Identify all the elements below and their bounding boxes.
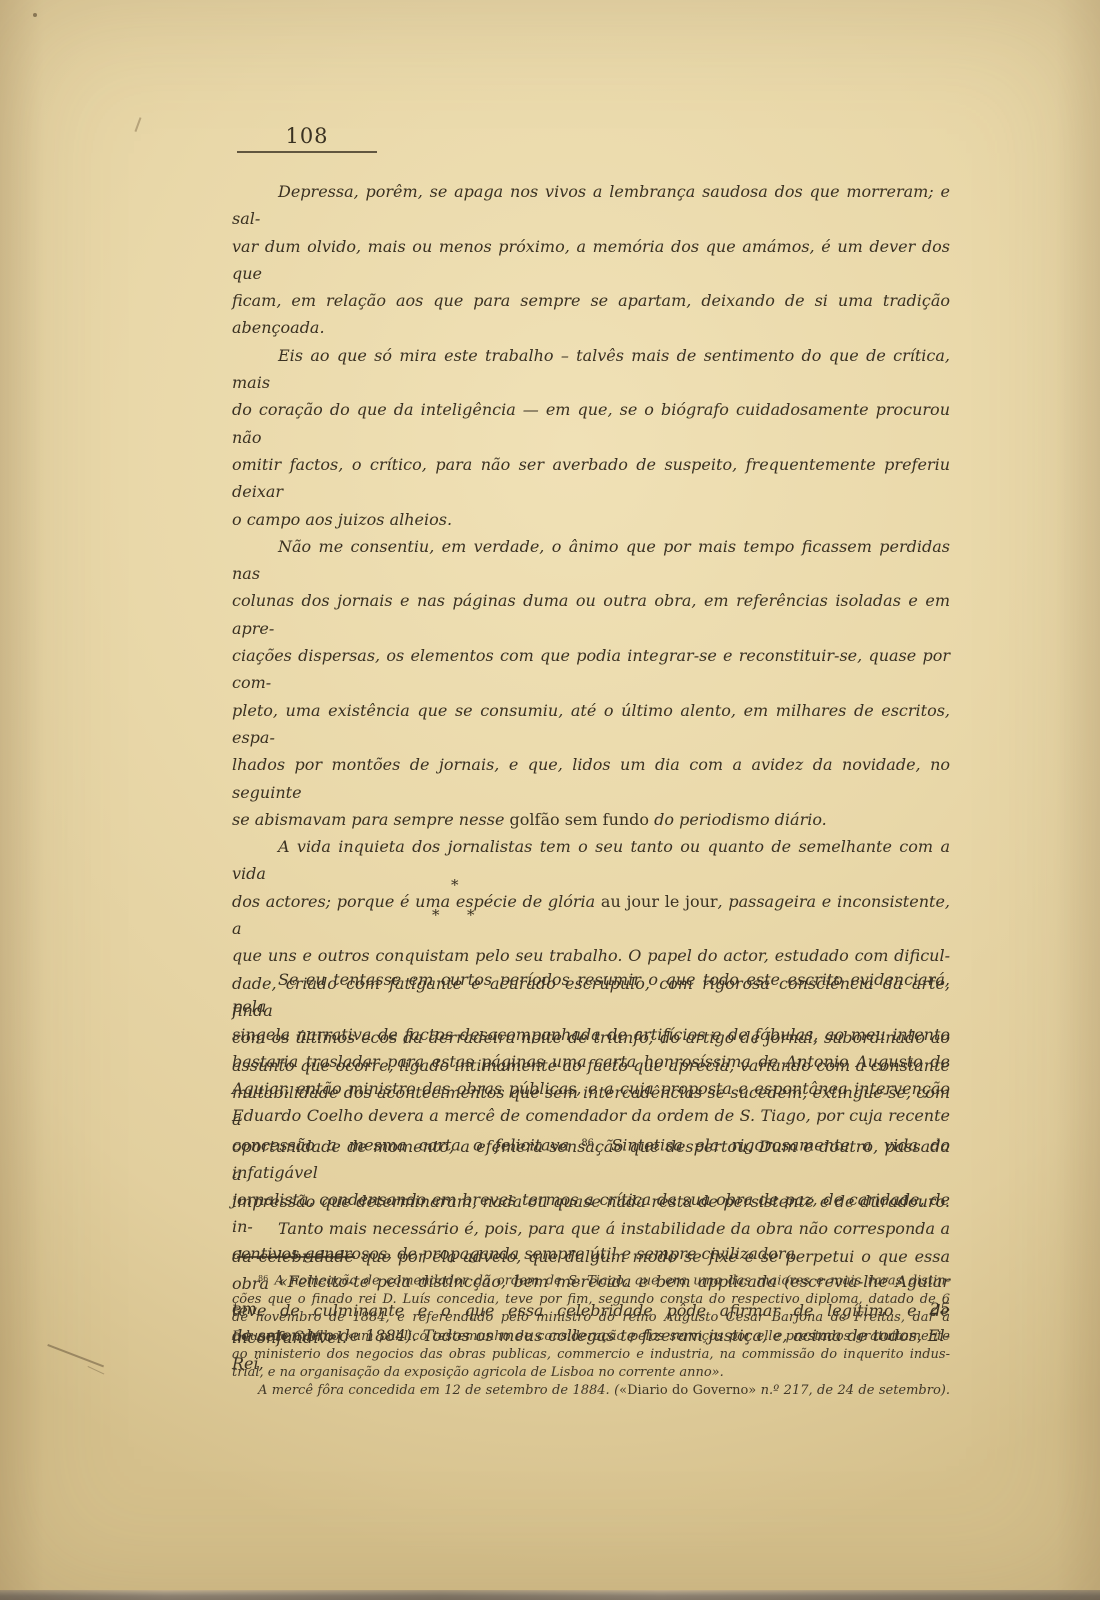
text-segment: ficam, em relação aos que para sempre se… — [232, 291, 950, 337]
text-segment: Eis ao que só mira este trabalho – talvê… — [232, 346, 950, 392]
text-segment: de novembro de 1884, e referendado pelo … — [232, 1310, 950, 1325]
asterisk-icon: * — [451, 876, 459, 894]
text-line: bastaria trasladar para estas páginas um… — [232, 1048, 950, 1075]
text-line: concessão a mesma carta o felicitava 86.… — [232, 1130, 950, 1186]
text-segment: Eduardo Coelho devera a mercê de comenda… — [232, 1106, 950, 1125]
text-segment: que uns e outros conquistam pelo seu tra… — [232, 946, 950, 965]
text-segment: golfão sem fundo — [510, 810, 650, 829]
text-segment: ções que o finado rei D. Luís concedia, … — [232, 1292, 950, 1307]
text-line: var dum olvido, mais ou menos próximo, a… — [232, 233, 950, 288]
text-line: ao ministerio dos negocios das obras pub… — [232, 1346, 950, 1364]
text-line: Aguiar, então ministro das obras pública… — [232, 1075, 950, 1102]
text-segment: ao ministerio dos negocios das obras pub… — [232, 1347, 950, 1362]
text-segment: var dum olvido, mais ou menos próximo, a… — [232, 237, 950, 283]
text-line: pleto, uma existência que se consumiu, a… — [232, 697, 950, 752]
text-line: omitir factos, o crítico, para não ser a… — [232, 451, 950, 506]
text-segment: dos actores; porque é uma espécie de gló… — [232, 892, 601, 911]
text-line: Não me consentiu, em verdade, o ânimo qu… — [232, 533, 950, 588]
text-line: Depressa, porêm, se apaga nos vivos a le… — [232, 178, 950, 233]
pencil-mark — [134, 117, 141, 132]
text-line: ções que o finado rei D. Luís concedia, … — [232, 1291, 950, 1309]
text-segment: Aguiar, então ministro das obras pública… — [232, 1079, 950, 1098]
text-segment: do periodismo diário. — [649, 810, 827, 829]
text-line: se abismavam para sempre nesse golfão se… — [232, 806, 950, 833]
text-line: A vida inquieta dos jornalistas tem o se… — [232, 833, 950, 888]
text-line: Eis ao que só mira este trabalho – talvê… — [232, 342, 950, 397]
scanned-page: 108 Depressa, porêm, se apaga nos vivos … — [0, 0, 1100, 1600]
text-line: Eduardo Coelho devera a mercê de comenda… — [232, 1102, 950, 1129]
text-segment: concessão a mesma carta o felicitava — [232, 1135, 581, 1154]
text-segment: singela narrativa de factos desacompanha… — [232, 1025, 950, 1044]
text-segment: n.º 217, de 24 de setembro). — [756, 1383, 950, 1398]
text-segment: pleto, uma existência que se consumiu, a… — [232, 701, 950, 747]
text-segment: omitir factos, o crítico, para não ser a… — [232, 455, 950, 501]
text-line: o campo aos juizos alheios. — [232, 506, 950, 533]
text-segment: colunas dos jornais e nas páginas duma o… — [232, 591, 950, 637]
text-segment: do coração do que da inteligência — em q… — [232, 400, 950, 446]
text-line: colunas dos jornais e nas páginas duma o… — [232, 587, 950, 642]
text-segment: se abismavam para sempre nesse — [232, 810, 510, 829]
text-line: Eduardo Coelho «um publico testemunho de… — [232, 1328, 950, 1346]
text-segment: Se eu tentasse em curtos períodos resumi… — [232, 970, 950, 1016]
text-line: 86 A nomeação de comendador da ordem de … — [232, 1270, 950, 1291]
text-line: de novembro de 1884, e referendado pelo … — [232, 1309, 950, 1327]
text-line: lhados por montões de jornais, e que, li… — [232, 751, 950, 806]
text-line: centivos generosos, de propaganda sempre… — [232, 1240, 950, 1267]
text-segment: «Diario do Governo» — [619, 1383, 756, 1398]
text-line: singela narrativa de factos desacompanha… — [232, 1021, 950, 1048]
page-header: 108 — [237, 124, 377, 153]
text-line: dos actores; porque é uma espécie de gló… — [232, 888, 950, 943]
footnote-reference: 86 — [258, 1274, 268, 1283]
page-bottom-edge — [0, 1590, 1100, 1600]
text-line: trial, e na organisação da exposição agr… — [232, 1364, 950, 1382]
text-segment: ciações dispersas, os elementos com que … — [232, 646, 950, 692]
footnote-rule — [237, 1256, 355, 1258]
text-segment: o campo aos juizos alheios. — [232, 510, 452, 529]
footnote-reference: 86 — [581, 1138, 594, 1149]
text-segment: trial, e na organisação da exposição agr… — [232, 1365, 724, 1380]
text-line: ficam, em relação aos que para sempre se… — [232, 287, 950, 342]
page-number-rule — [237, 151, 377, 153]
pencil-mark — [47, 1344, 104, 1367]
text-segment: jornalista, condensando em breves termos… — [232, 1190, 950, 1236]
footnote-text: 86 A nomeação de comendador da ordem de … — [232, 1270, 950, 1401]
text-segment: Eduardo Coelho «um publico testemunho de… — [232, 1329, 950, 1344]
text-segment: au jour le jour — [601, 892, 718, 911]
text-line: Se eu tentasse em curtos períodos resumi… — [232, 966, 950, 1021]
text-segment: A vida inquieta dos jornalistas tem o se… — [232, 837, 950, 883]
asterisk-icon: * — [432, 906, 440, 924]
text-line: ciações dispersas, os elementos com que … — [232, 642, 950, 697]
text-line: jornalista, condensando em breves termos… — [232, 1186, 950, 1241]
text-line: do coração do que da inteligência — em q… — [232, 396, 950, 451]
page-number: 108 — [237, 124, 377, 148]
paper-speck — [33, 13, 37, 17]
pencil-mark — [87, 1366, 104, 1375]
text-segment: Depressa, porêm, se apaga nos vivos a le… — [232, 182, 950, 228]
text-segment: bastaria trasladar para estas páginas um… — [232, 1052, 950, 1071]
asterisk-icon: * — [467, 906, 475, 924]
text-segment: lhados por montões de jornais, e que, li… — [232, 755, 950, 801]
text-segment: A nomeação de comendador da ordem de S. … — [268, 1274, 950, 1289]
text-line: A mercê fôra concedida em 12 de setembro… — [232, 1382, 950, 1400]
text-segment: A mercê fôra concedida em 12 de setembro… — [258, 1383, 619, 1398]
text-segment: Não me consentiu, em verdade, o ânimo qu… — [232, 537, 950, 583]
text-segment: centivos generosos, de propaganda sempre… — [232, 1244, 800, 1263]
